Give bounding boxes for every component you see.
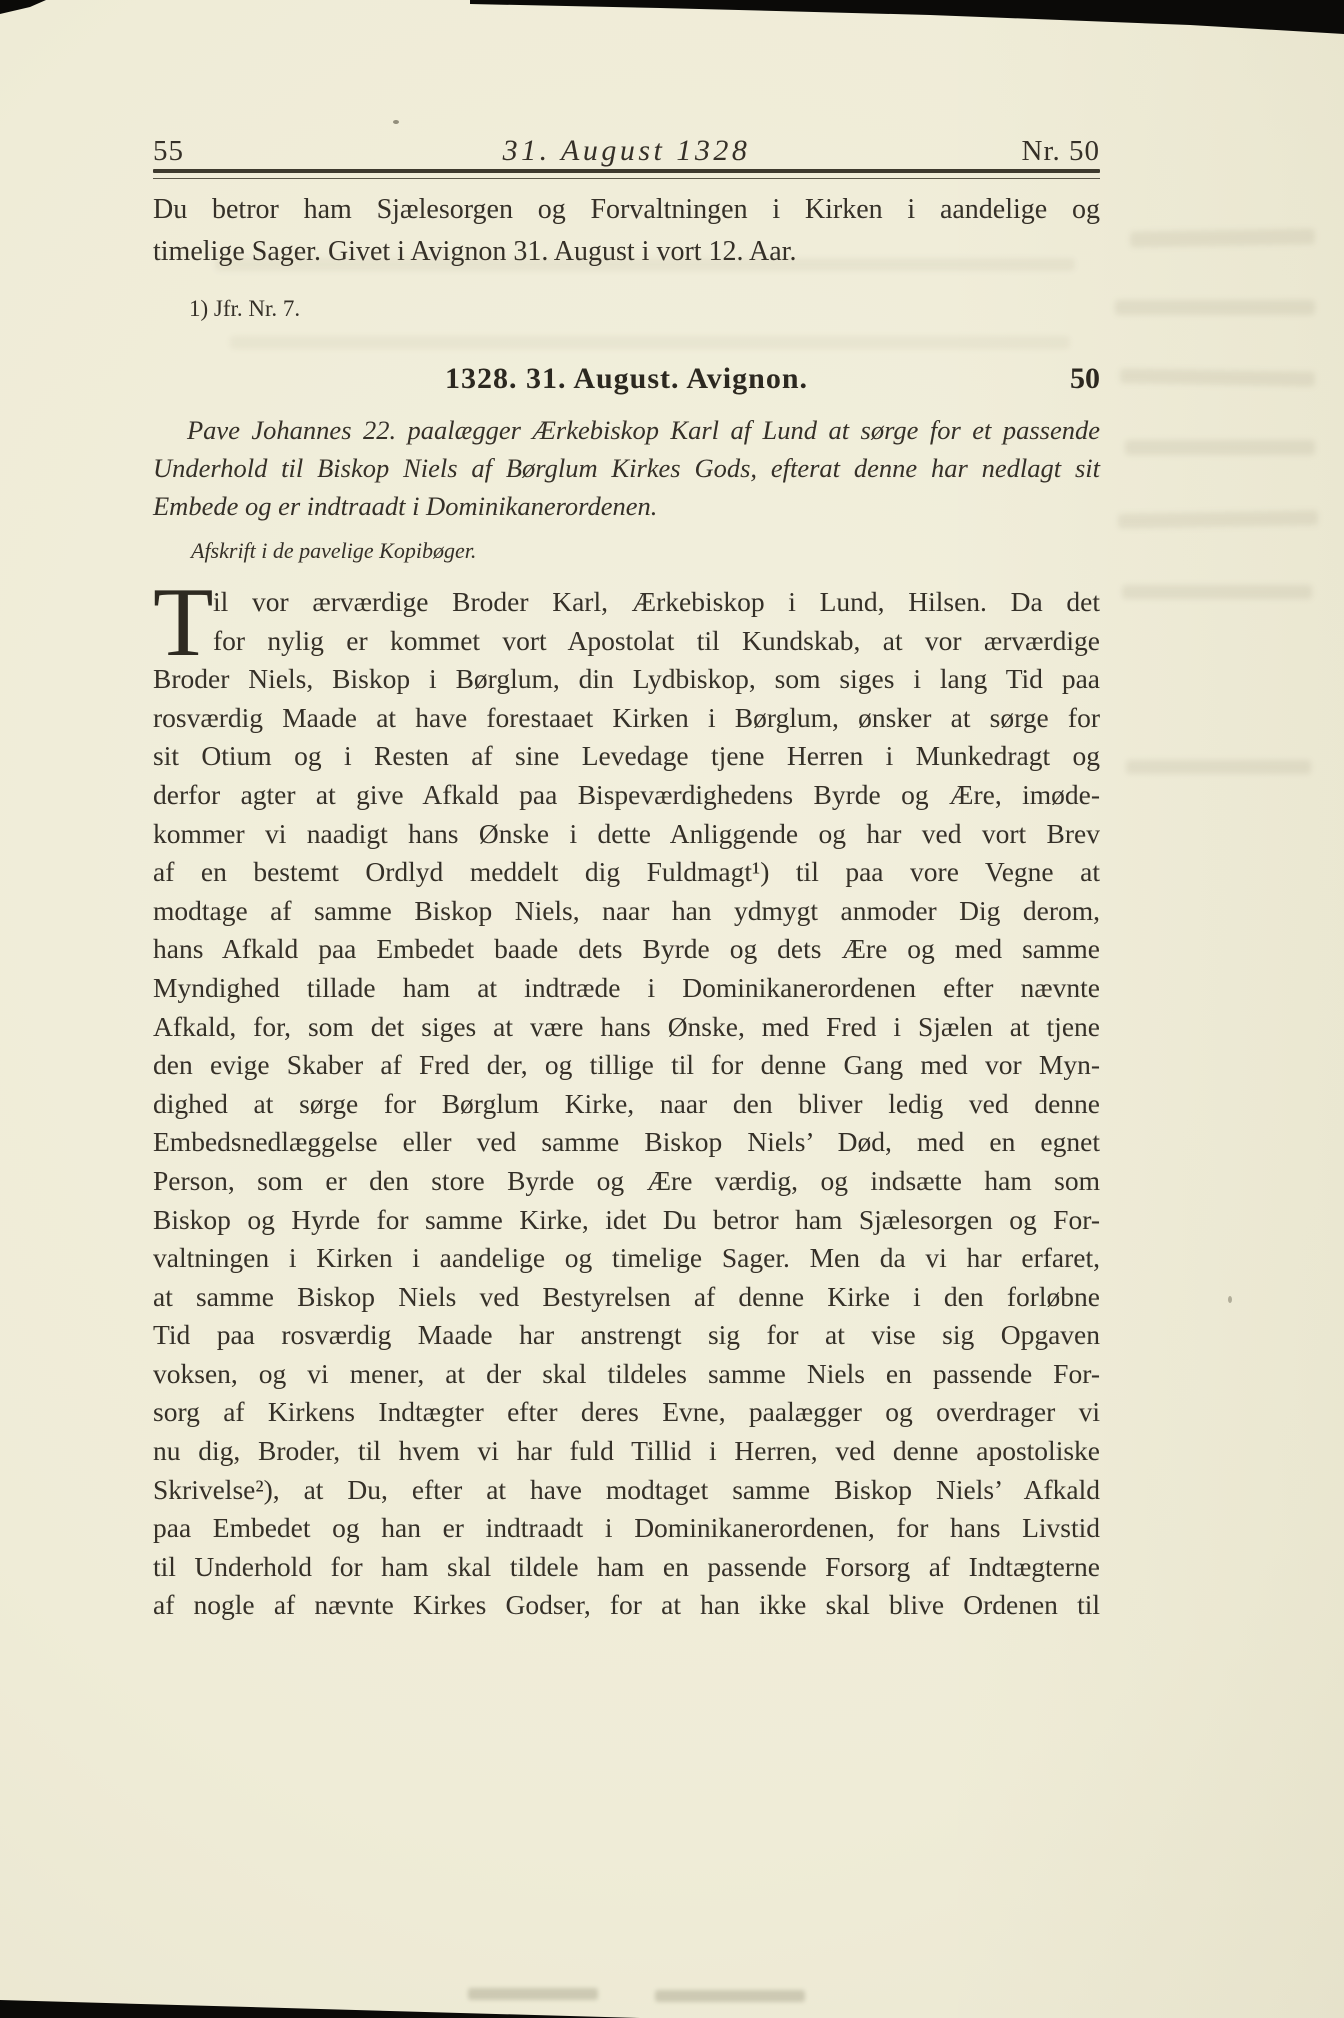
text-line: af nogle af nævnte Kirkes Godser, for at… xyxy=(153,1586,1100,1625)
bleed-through xyxy=(1126,760,1311,774)
header-rule-thick xyxy=(153,169,1100,173)
text-line: Embedsnedlæggelse eller ved samme Biskop… xyxy=(153,1123,1100,1162)
ink-speck xyxy=(393,120,399,124)
text-line: hans Afkald paa Embedet baade dets Byrde… xyxy=(153,930,1100,969)
text-line: modtage af samme Biskop Niels, naar han … xyxy=(153,892,1100,931)
ink-speck xyxy=(1228,1296,1232,1303)
entry-heading-row: 1328. 31. August. Avignon. 50 xyxy=(153,362,1100,402)
text-line: il vor ærværdige Broder Karl, Ærkebiskop… xyxy=(153,583,1100,622)
intro-paragraph: Du betror ham Sjælesorgen og Forvaltning… xyxy=(153,189,1100,273)
text-line: Skrivelse²), at Du, efter at have modtag… xyxy=(153,1471,1100,1510)
scanned-book-page: 55 31. August 1328 Nr. 50 Du betror ham … xyxy=(0,0,1344,2018)
text-line: af en bestemt Ordlyd meddelt dig Fuldmag… xyxy=(153,853,1100,892)
text-line: Underhold til Biskop Niels af Børglum Ki… xyxy=(153,449,1100,487)
footnote: 1) Jfr. Nr. 7. xyxy=(153,296,1100,322)
text-line: Broder Niels, Biskop i Børglum, din Lydb… xyxy=(153,660,1100,699)
entry-heading: 1328. 31. August. Avignon. xyxy=(153,362,1100,396)
scan-edge-bottom xyxy=(0,2000,640,2018)
text-line: den evige Skaber af Fred der, og tillige… xyxy=(153,1046,1100,1085)
scan-smudge xyxy=(655,1990,805,2002)
page-header: 55 31. August 1328 Nr. 50 xyxy=(153,130,1100,168)
bleed-through xyxy=(230,336,1070,349)
text-line: Embede og er indtraadt i Dominikanerorde… xyxy=(153,487,1100,525)
header-rule-thin xyxy=(153,178,1100,180)
text-line: Afkald, for, som det siges at være hans … xyxy=(153,1008,1100,1047)
text-line: timelige Sager. Givet i Avignon 31. Augu… xyxy=(153,231,1100,273)
scan-edge-top-left xyxy=(0,0,46,14)
running-title: 31. August 1328 xyxy=(153,134,1100,168)
entry-summary: Pave Johannes 22. paalægger Ærkebiskop K… xyxy=(153,411,1100,525)
text-line: voksen, og vi mener, at der skal tildele… xyxy=(153,1355,1100,1394)
text-line: Du betror ham Sjælesorgen og Forvaltning… xyxy=(153,189,1100,231)
text-line: derfor agter at give Afkald paa Bispevær… xyxy=(153,776,1100,815)
text-line: Tid paa rosværdig Maade har anstrengt si… xyxy=(153,1316,1100,1355)
text-line: valtningen i Kirken i aandelige og timel… xyxy=(153,1239,1100,1278)
text-line: paa Embedet og han er indtraadt i Domini… xyxy=(153,1509,1100,1548)
text-line: rosværdig Maade at have forestaaet Kirke… xyxy=(153,699,1100,738)
text-line: nu dig, Broder, til hvem vi har fuld Til… xyxy=(153,1432,1100,1471)
text-line: Person, som er den store Byrde og Ære væ… xyxy=(153,1162,1100,1201)
text-line: sit Otium og i Resten af sine Levedage t… xyxy=(153,737,1100,776)
text-line: kommer vi naadigt hans Ønske i dette Anl… xyxy=(153,815,1100,854)
document-number-header: Nr. 50 xyxy=(1022,135,1101,168)
text-line: til Underhold for ham skal tildele ham e… xyxy=(153,1548,1100,1587)
bleed-through xyxy=(1115,300,1315,315)
source-note: Afskrift i de pavelige Kopibøger. xyxy=(153,538,1100,564)
text-line: Pave Johannes 22. paalægger Ærkebiskop K… xyxy=(153,411,1100,449)
text-line: at samme Biskop Niels ved Bestyrelsen af… xyxy=(153,1278,1100,1317)
text-line: Biskop og Hyrde for samme Kirke, idet Du… xyxy=(153,1201,1100,1240)
bleed-through xyxy=(1122,585,1312,599)
text-line: Myndighed tillade ham at indtræde i Domi… xyxy=(153,969,1100,1008)
scan-edge-top xyxy=(0,0,1344,40)
bleed-through xyxy=(1118,510,1318,528)
bleed-through xyxy=(1125,440,1315,455)
scan-smudge xyxy=(468,1988,598,2000)
text-line: for nylig er kommet vort Apostolat til K… xyxy=(153,622,1100,661)
bleed-through xyxy=(1130,228,1315,247)
bleed-through xyxy=(1120,368,1315,386)
text-line: dighed at sørge for Børglum Kirke, naar … xyxy=(153,1085,1100,1124)
entry-number: 50 xyxy=(1070,362,1100,396)
text-line: sorg af Kirkens Indtægter efter deres Ev… xyxy=(153,1393,1100,1432)
entry-body-text: il vor ærværdige Broder Karl, Ærkebiskop… xyxy=(153,583,1100,1625)
